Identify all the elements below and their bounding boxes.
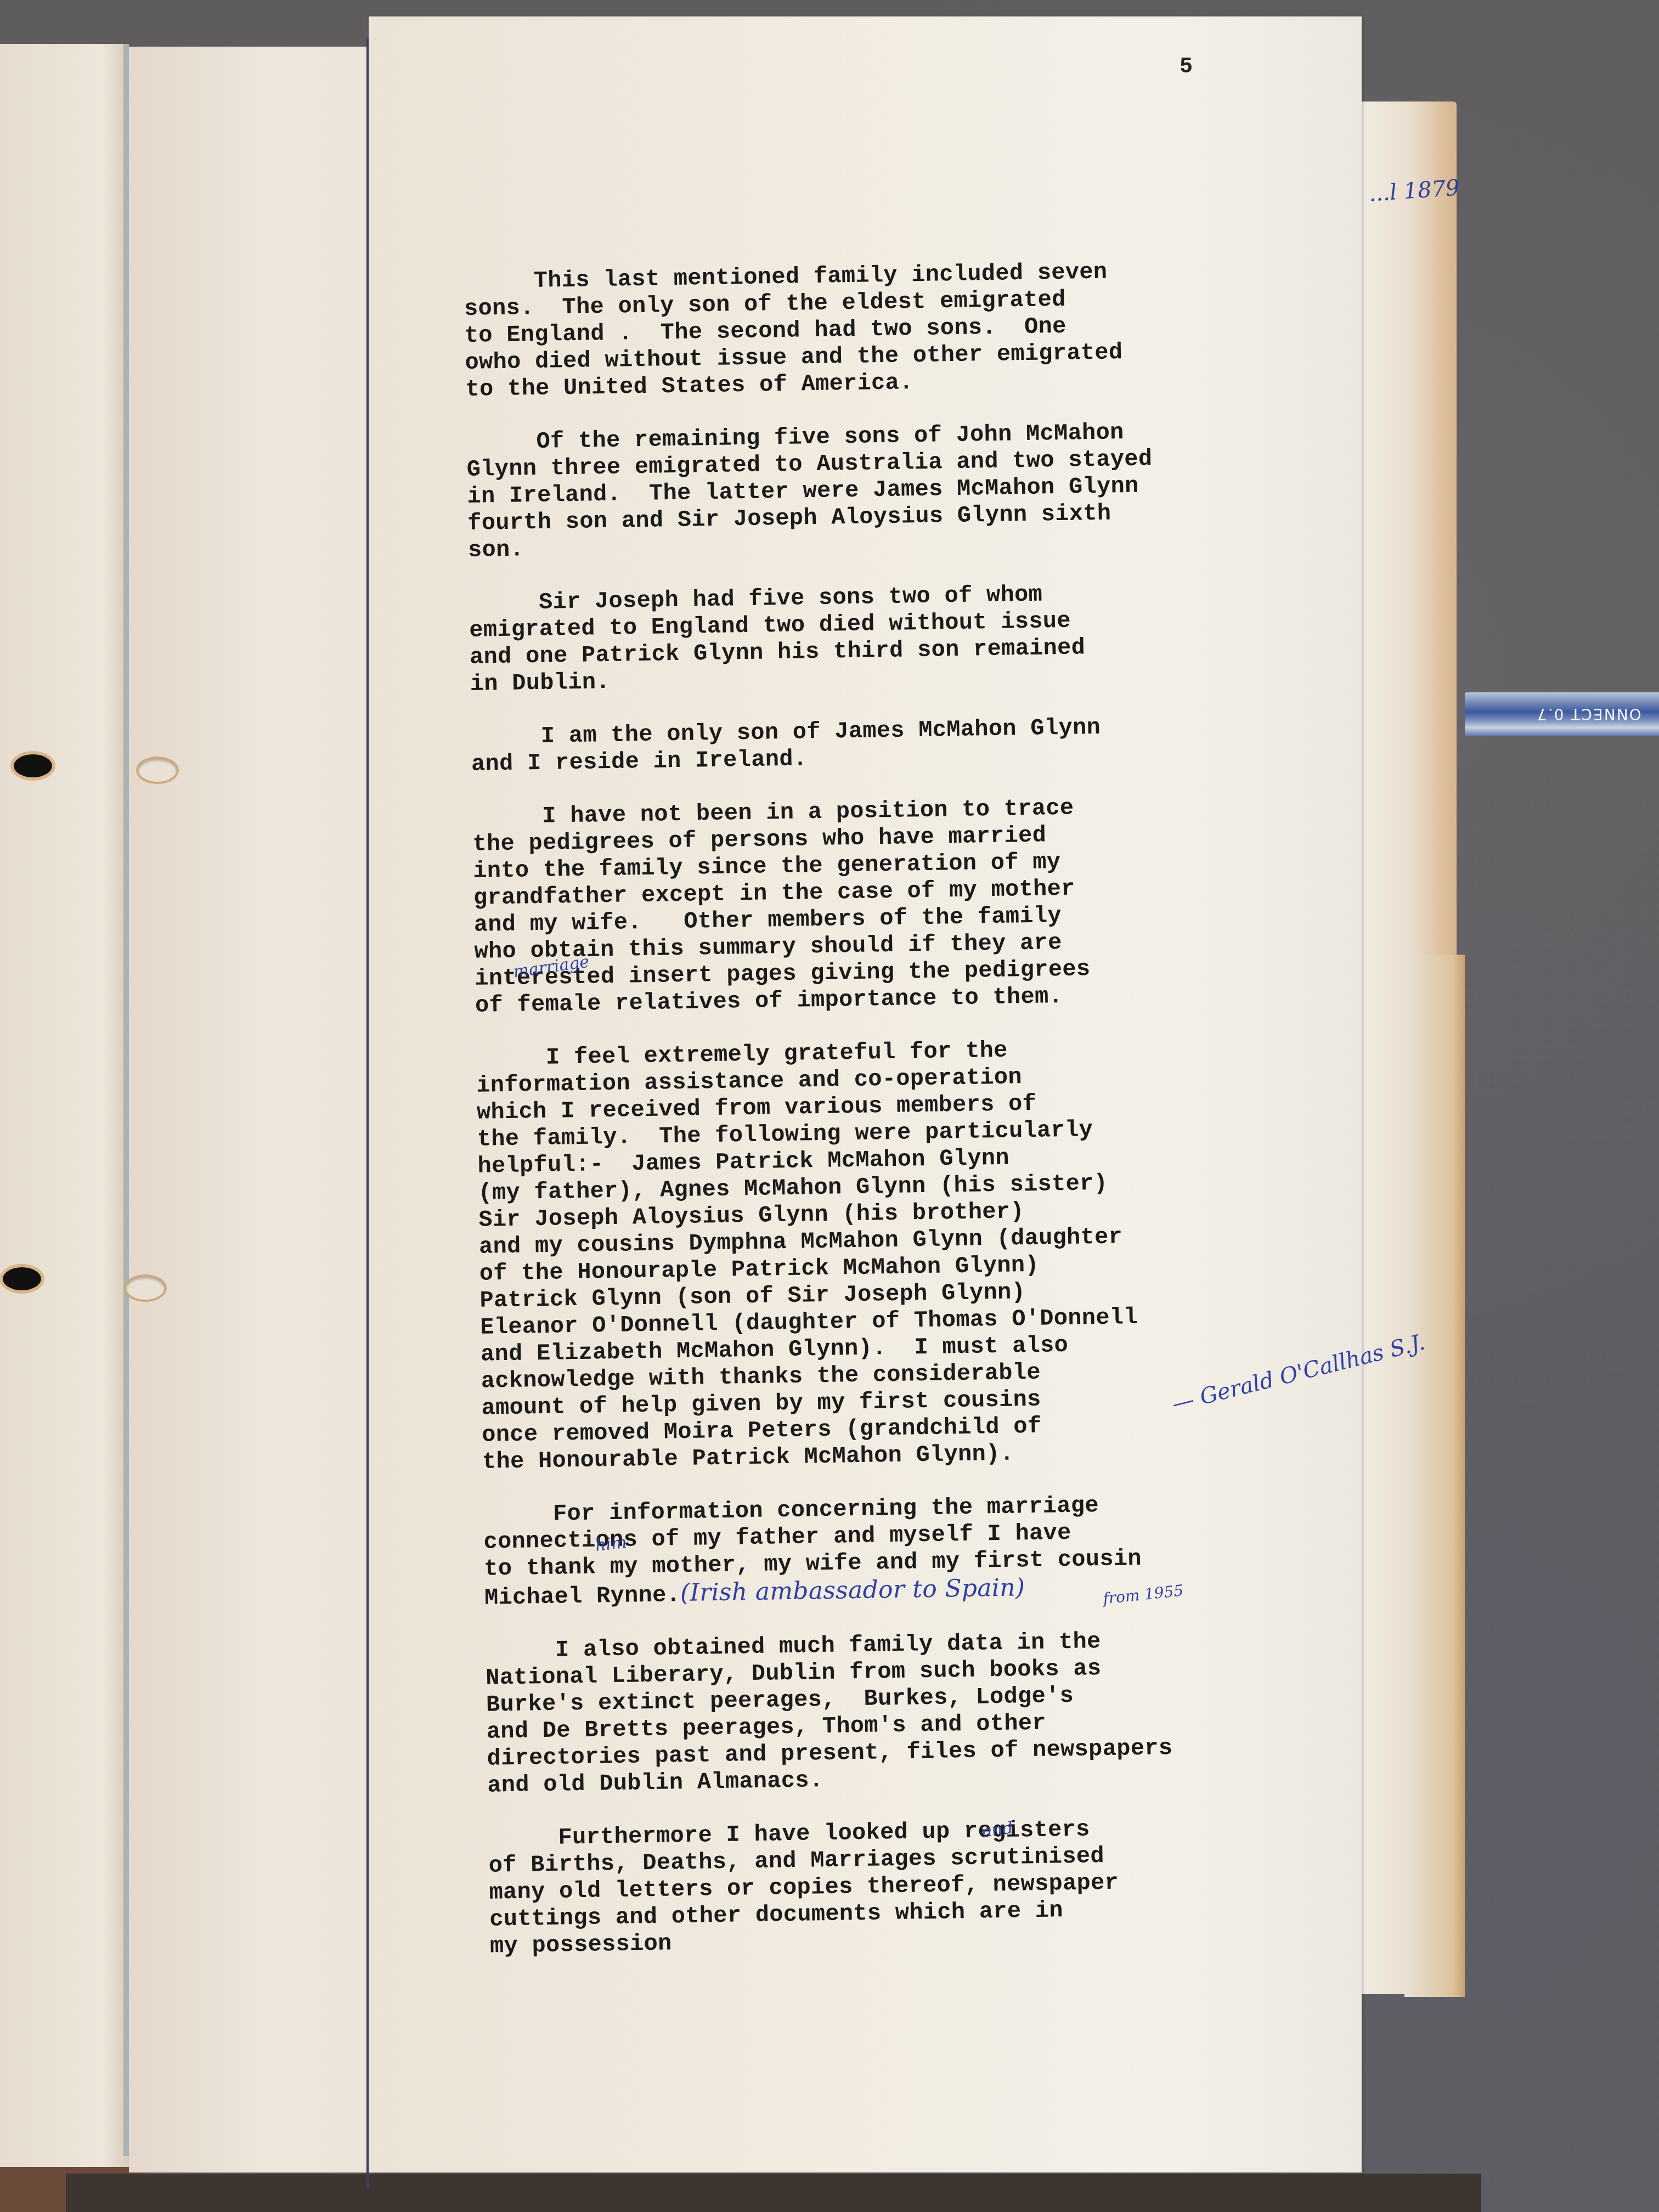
margin-sheet <box>129 47 370 2172</box>
paragraph: I also obtained much family data in theN… <box>485 1625 1310 1799</box>
binder-edge <box>123 44 129 2156</box>
handwritten-note: (Irish ambassador to Spain) <box>680 1573 1025 1607</box>
paragraph: I have not been in a position to traceth… <box>472 791 1298 1019</box>
punch-hole-icon <box>138 759 177 782</box>
handwritten-correction: him <box>594 1533 628 1555</box>
punch-hole-icon <box>3 1267 41 1290</box>
left-page <box>0 44 129 2167</box>
paragraph: Furthermore I have looked up registersof… <box>488 1813 1313 1960</box>
document-body: This last mentioned family included seve… <box>464 256 1313 1986</box>
pen-label: ONNECT 0.7 <box>1536 705 1641 723</box>
paragraph: This last mentioned family included seve… <box>464 256 1289 403</box>
margin-annotation: ...l 1879 <box>1368 178 1460 204</box>
desk-shadow <box>66 2174 1481 2212</box>
paragraph: I am the only son of James McMahon Glynn… <box>471 711 1294 778</box>
paragraph: Sir Joseph had five sons two of whomemig… <box>469 577 1293 698</box>
page-number: 5 <box>1180 55 1193 80</box>
paragraph: Of the remaining five sons of John McMah… <box>466 416 1291 564</box>
curled-page-edge <box>1404 955 1465 1997</box>
punch-hole-icon <box>14 754 52 777</box>
punch-hole-icon <box>126 1277 165 1300</box>
